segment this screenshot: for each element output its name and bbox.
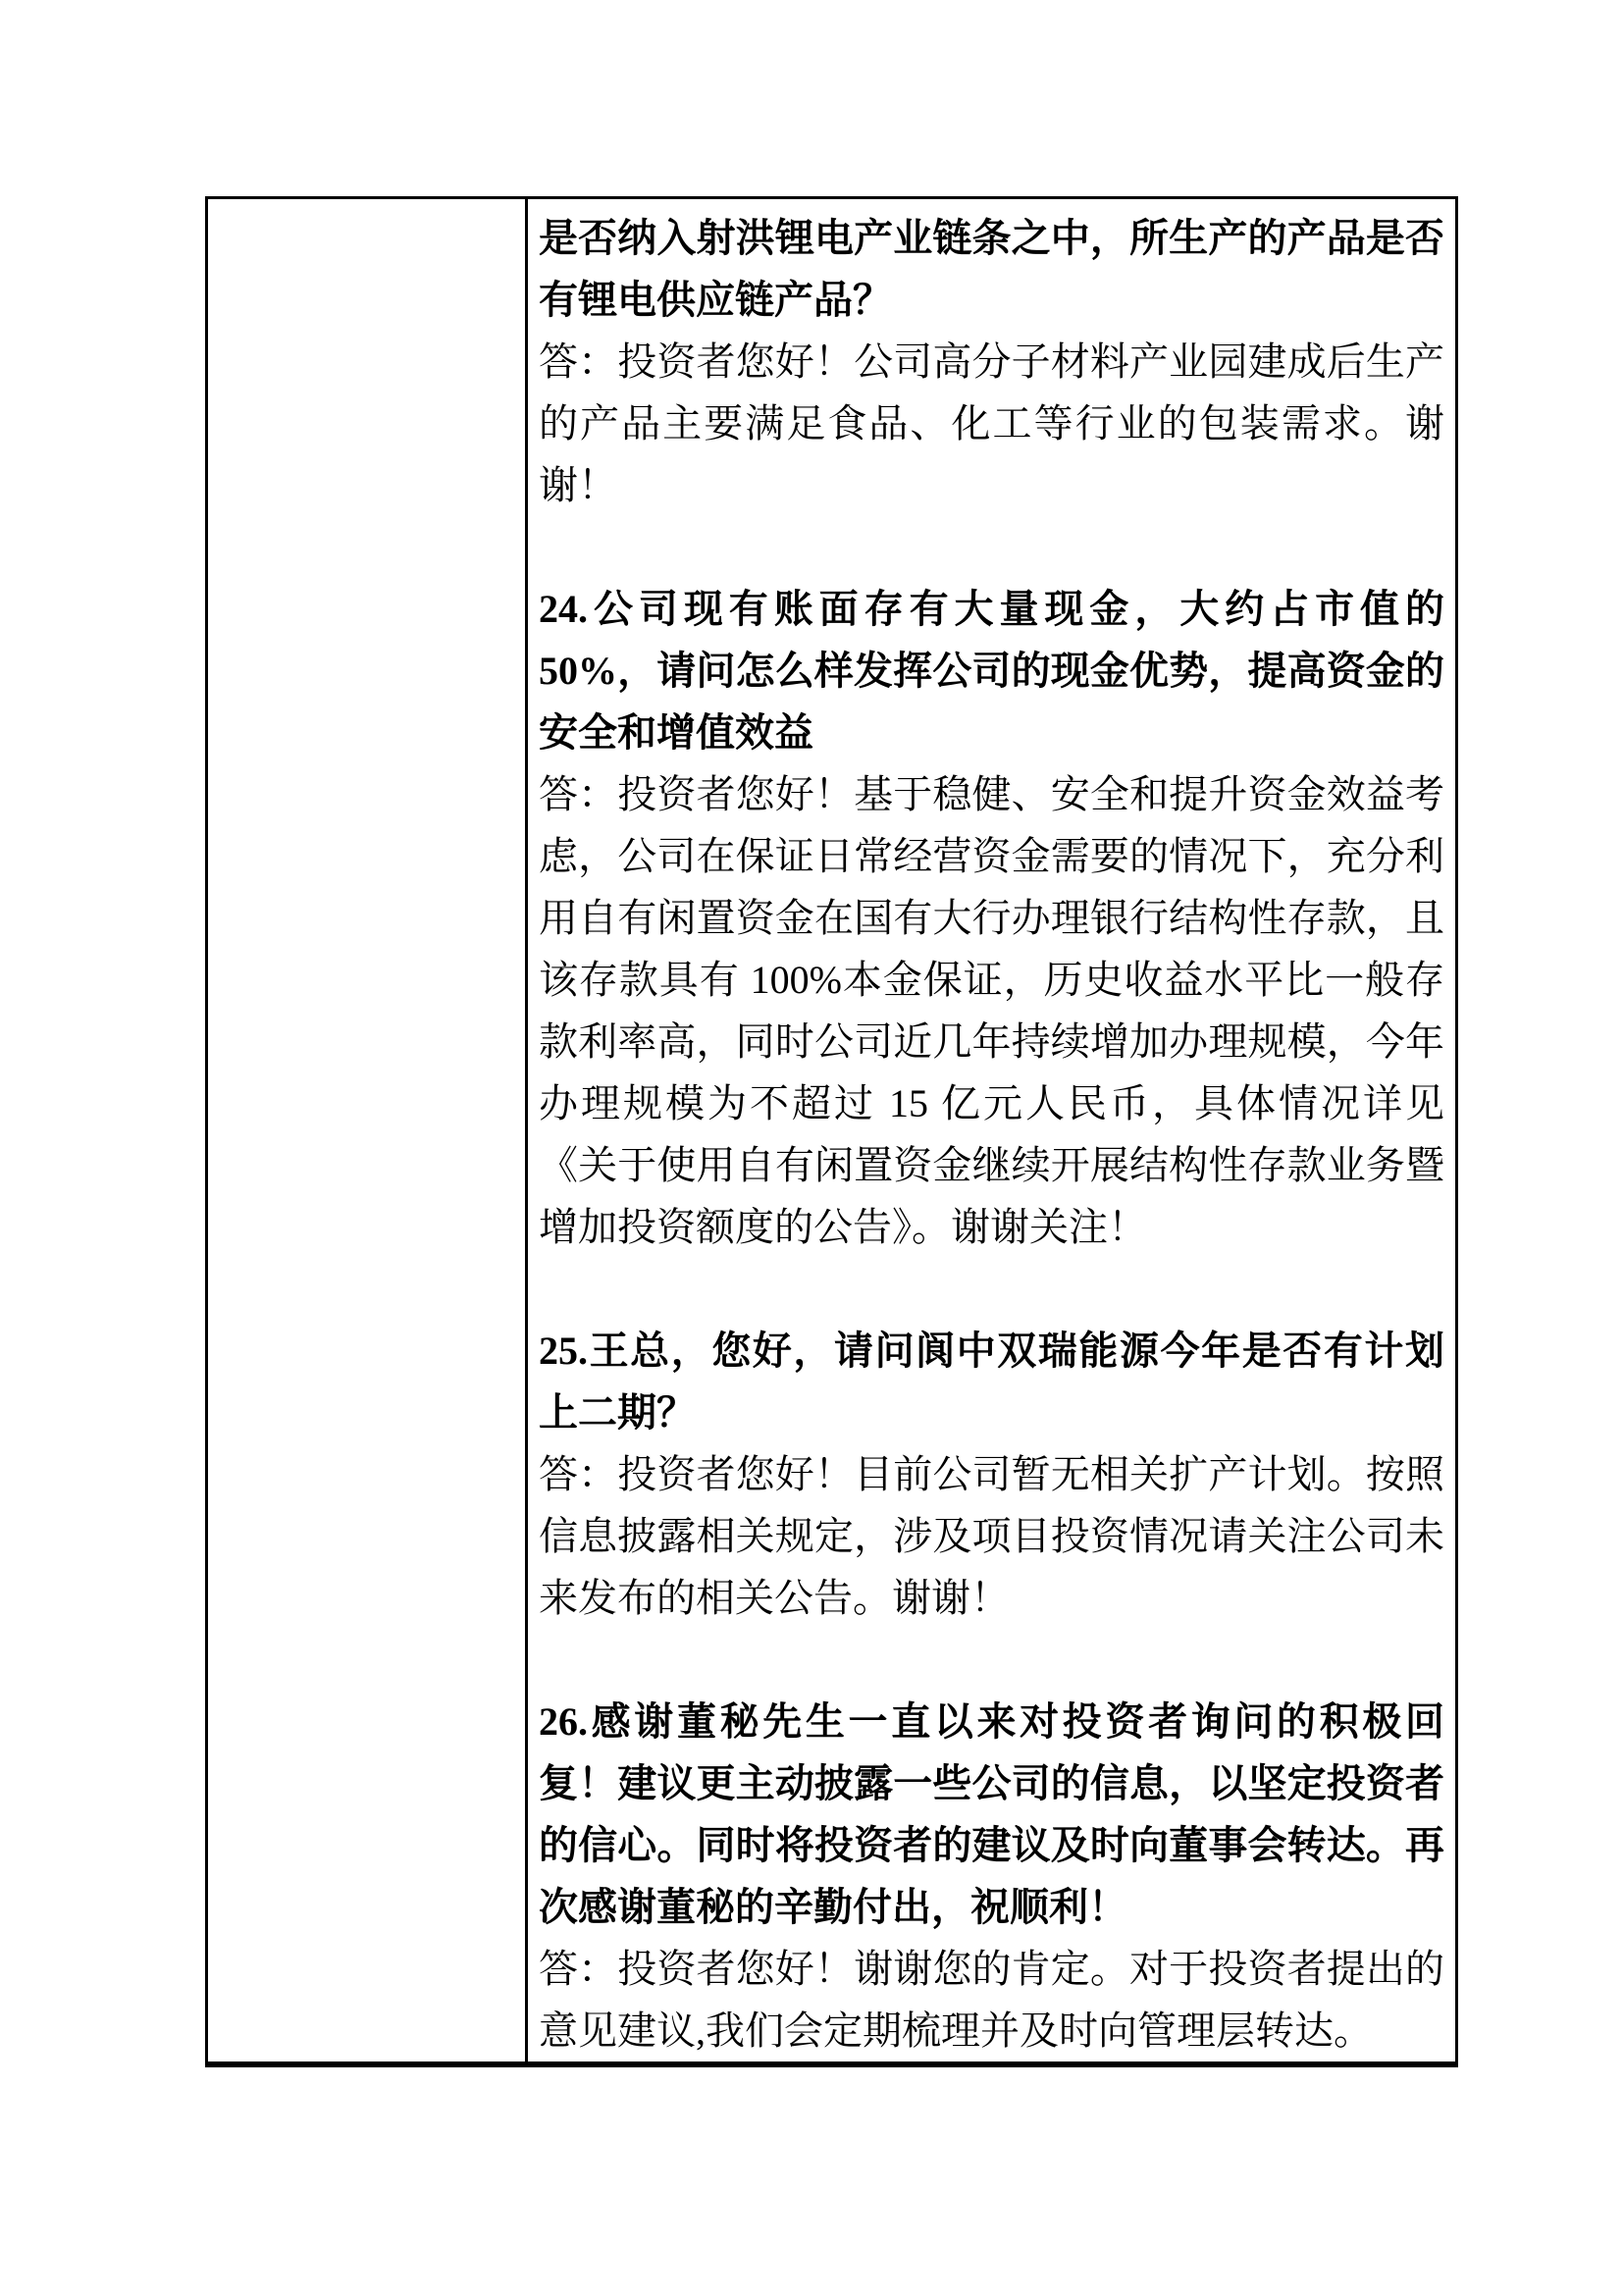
table-left-empty-cell [208, 199, 528, 2061]
qa-table: 是否纳入射洪锂电产业链条之中，所生产的产品是否有锂电供应链产品？ 答：投资者您好… [205, 196, 1458, 2067]
question-text-continued: 是否纳入射洪锂电产业链条之中，所生产的产品是否有锂电供应链产品？ [539, 207, 1444, 331]
question-text-25: 25.王总，您好，请问阆中双瑞能源今年是否有计划上二期？ [539, 1320, 1444, 1443]
question-text-26: 26.感谢董秘先生一直以来对投资者询问的积极回复！建议更主动披露一些公司的信息，… [539, 1691, 1444, 1938]
answer-text: 答：投资者您好！基于稳健、安全和提升资金效益考虑，公司在保证日常经营资金需要的情… [539, 763, 1444, 1258]
qa-content-cell: 是否纳入射洪锂电产业链条之中，所生产的产品是否有锂电供应链产品？ 答：投资者您好… [528, 199, 1455, 2061]
document-page: 是否纳入射洪锂电产业链条之中，所生产的产品是否有锂电供应链产品？ 答：投资者您好… [0, 0, 1623, 2296]
answer-text: 答：投资者您好！公司高分子材料产业园建成后生产的产品主要满足食品、化工等行业的包… [539, 331, 1444, 516]
answer-text: 答：投资者您好！谢谢您的肯定。对于投资者提出的意见建议,我们会定期梳理并及时向管… [539, 1938, 1444, 2061]
answer-text: 答：投资者您好！目前公司暂无相关扩产计划。按照信息披露相关规定，涉及项目投资情况… [539, 1443, 1444, 1629]
question-text-24: 24.公司现有账面存有大量现金，大约占市值的 50%，请问怎么样发挥公司的现金优… [539, 578, 1444, 763]
